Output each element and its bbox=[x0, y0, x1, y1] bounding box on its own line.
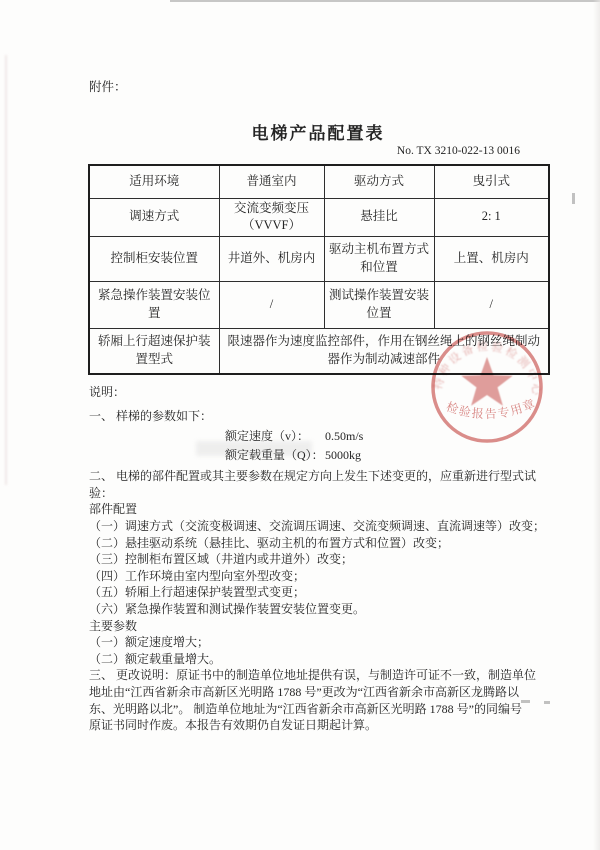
cell-label: 调速方式 bbox=[89, 198, 219, 236]
config-item: （一）调速方式（交流变极调速、交流调压调速、交流变频调速、直流调速等）改变； bbox=[89, 518, 567, 535]
config-item: （二）悬挂驱动系统（悬挂比、驱动主机的布置方式和位置）改变； bbox=[89, 535, 567, 552]
cell-value: 交流变频变压（VVVF） bbox=[219, 198, 324, 236]
parameter-value: 5000kg bbox=[325, 446, 361, 465]
parameter-label: 额定速度（v）： bbox=[225, 427, 325, 446]
cell-value: / bbox=[219, 281, 324, 328]
config-item: （四）工作环境由室内型向室外型改变； bbox=[89, 568, 567, 585]
main-param-item: （二）额定载重量增大。 bbox=[89, 651, 567, 668]
cell-label: 控制柜安装位置 bbox=[89, 236, 219, 281]
inspection-seal-stamp: 特种设备检验检测中心 检验报告专用章 bbox=[415, 315, 559, 459]
cell-value: 井道外、机房内 bbox=[219, 236, 324, 281]
scan-edge-left bbox=[5, 55, 7, 485]
note-item-3-line: 原证书同时作废。本报告有效期仍自发证日期起计算。 bbox=[89, 717, 567, 734]
report-number: No. TX 3210-022-13 0016 bbox=[88, 145, 520, 157]
parameter-value: 0.50m/s bbox=[325, 427, 363, 446]
cell-value: 普通室内 bbox=[219, 165, 324, 198]
cell-label: 适用环境 bbox=[89, 165, 219, 198]
cell-value: 2: 1 bbox=[434, 198, 549, 236]
seal-bottom-text: 检验报告专用章 bbox=[444, 395, 538, 421]
table-row: 控制柜安装位置 井道外、机房内 驱动主机布置方式和位置 上置、机房内 bbox=[89, 236, 549, 281]
config-section-title: 部件配置 bbox=[89, 501, 567, 518]
seal-star-icon bbox=[461, 357, 512, 406]
config-item: （六）紧急操作装置和测试操作装置安装位置变更。 bbox=[89, 601, 567, 618]
note-item-3-line: 三、 更改说明：原证书中的制造单位地址提供有误，与制造许可证不一致，制造单位 bbox=[89, 667, 567, 684]
note-item-2-line2: 验： bbox=[89, 485, 567, 502]
scan-mark bbox=[572, 193, 575, 204]
note-item-3-line: 东、光明路以北”。 制造单位地址为“江西省新余市高新区光明路 1788 号”的同… bbox=[89, 701, 567, 718]
cell-label: 驱动方式 bbox=[324, 165, 434, 198]
note-item-3-line: 地址由“江西省新余市高新区光明路 1788 号”更改为“江西省新余市高新区龙腾路… bbox=[89, 684, 567, 701]
cell-label: 驱动主机布置方式和位置 bbox=[324, 236, 434, 281]
scanned-document-page: 附件： 电梯产品配置表 No. TX 3210-022-13 0016 适用环境… bbox=[0, 0, 600, 850]
page-title: 电梯产品配置表 bbox=[88, 119, 548, 144]
seal-graphic: 特种设备检验检测中心 检验报告专用章 bbox=[415, 315, 559, 459]
config-item: （三）控制柜布置区域（井道内或井道外）改变； bbox=[89, 551, 567, 568]
attachment-label: 附件： bbox=[89, 77, 127, 95]
parameter-label: 额定载重量（Q）： bbox=[225, 446, 325, 465]
scan-shadow-right bbox=[593, 0, 600, 850]
main-param-item: （一）额定速度增大； bbox=[89, 634, 567, 651]
scan-edge-top bbox=[170, 0, 600, 2]
cell-label: 紧急操作装置安装位置 bbox=[89, 281, 219, 328]
cell-value: 上置、机房内 bbox=[434, 236, 549, 281]
main-params-title: 主要参数 bbox=[89, 618, 567, 635]
note-item-2-line1: 二、 电梯的部件配置或其主要参数在规定方向上发生下述变更的，应重新进行型式试 bbox=[89, 468, 567, 485]
cell-value: 曳引式 bbox=[434, 165, 549, 198]
cell-label: 轿厢上行超速保护装置型式 bbox=[89, 328, 219, 374]
config-item: （五）轿厢上行超速保护装置型式变更； bbox=[89, 584, 567, 601]
table-row: 调速方式 交流变频变压（VVVF） 悬挂比 2: 1 bbox=[89, 198, 549, 236]
table-row: 适用环境 普通室内 驱动方式 曳引式 bbox=[89, 165, 549, 198]
cell-label: 悬挂比 bbox=[324, 198, 434, 236]
